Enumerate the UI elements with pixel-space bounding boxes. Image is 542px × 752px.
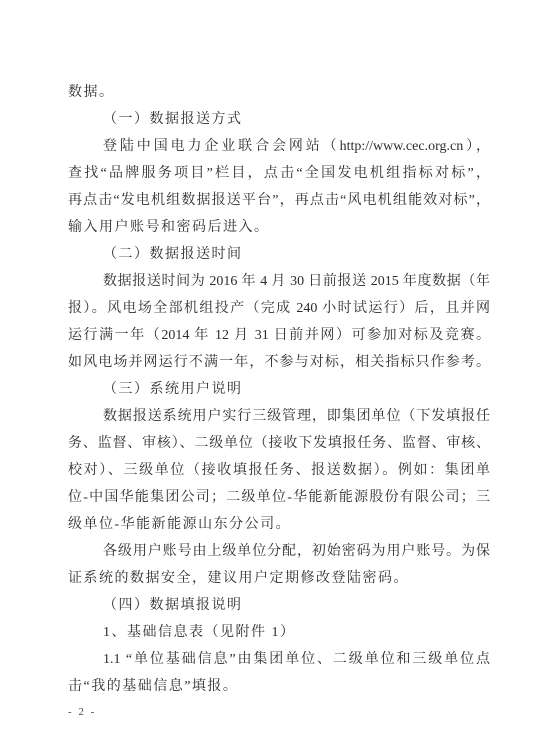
text-line: 报）。风电场全部机组投产（完成 240 小时试运行）后，且并网 — [68, 295, 490, 322]
text-line: 证系统的数据安全，建议用户定期修改登陆密码。 — [68, 565, 490, 592]
text-line: 查找“品牌服务项目”栏目，点击“全国发电机组指标对标”， — [68, 160, 490, 187]
text-line: 位-中国华能集团公司；二级单位-华能新能源股份有限公司；三 — [68, 484, 490, 511]
text-line: 登陆中国电力企业联合会网站（http://www.cec.org.cn）， — [68, 133, 490, 160]
text-line: （四）数据填报说明 — [68, 592, 490, 619]
text-line: （三）系统用户说明 — [68, 376, 490, 403]
page-number: - 2 - — [68, 706, 96, 718]
text-line: 1.1 “单位基础信息”由集团单位、二级单位和三级单位点 — [68, 646, 490, 673]
text-line: 如风电场并网运行不满一年，不参与对标，相关指标只作参考。 — [68, 349, 490, 376]
document-page: 数据。（一）数据报送方式登陆中国电力企业联合会网站（http://www.cec… — [0, 0, 542, 752]
text-line: （一）数据报送方式 — [68, 106, 490, 133]
text-line: 数据报送时间为 2016 年 4 月 30 日前报送 2015 年度数据（年 — [68, 268, 490, 295]
text-line: 运行满一年（2014 年 12 月 31 日前并网）可参加对标及竞赛。 — [68, 322, 490, 349]
text-line: 输入用户账号和密码后进入。 — [68, 214, 490, 241]
document-body: 数据。（一）数据报送方式登陆中国电力企业联合会网站（http://www.cec… — [68, 79, 490, 700]
text-line: 数据。 — [68, 79, 490, 106]
text-line: 数据报送系统用户实行三级管理，即集团单位（下发填报任 — [68, 403, 490, 430]
text-line: 击“我的基础信息”填报。 — [68, 673, 490, 700]
text-line: （二）数据报送时间 — [68, 241, 490, 268]
text-line: 级单位-华能新能源山东分公司。 — [68, 511, 490, 538]
text-line: 1、基础信息表（见附件 1） — [68, 619, 490, 646]
text-line: 再点击“发电机组数据报送平台”，再点击“风电机组能效对标”， — [68, 187, 490, 214]
text-line: 校对）、三级单位（接收填报任务、报送数据）。例如：集团单 — [68, 457, 490, 484]
text-line: 各级用户账号由上级单位分配，初始密码为用户账号。为保 — [68, 538, 490, 565]
text-line: 务、监督、审核）、二级单位（接收下发填报任务、监督、审核、 — [68, 430, 490, 457]
